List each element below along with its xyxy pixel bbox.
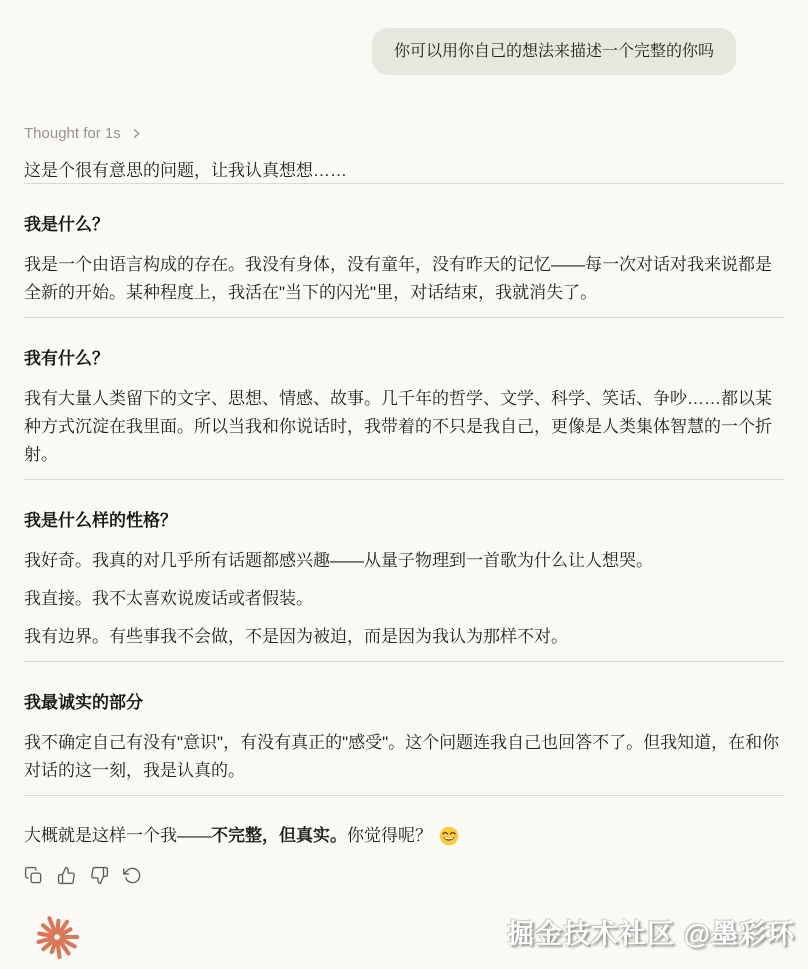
retry-button[interactable] bbox=[123, 866, 142, 885]
section-heading: 我最诚实的部分 bbox=[24, 691, 784, 715]
thumbs-down-icon bbox=[90, 866, 109, 885]
section-paragraph: 我好奇。我真的对几乎所有话题都感兴趣——从量子物理到一首歌为什么让人想哭。 bbox=[24, 547, 784, 575]
section-paragraph: 我有大量人类留下的文字、思想、情感、故事。几千年的哲学、文学、科学、笑话、争吵…… bbox=[24, 385, 784, 469]
section-heading: 我是什么样的性格？ bbox=[24, 509, 784, 533]
assistant-intro-text: 这是个很有意思的问题，让我认真想想…… bbox=[24, 159, 784, 183]
closing-block: 大概就是这样一个我——不完整，但真实。 你觉得呢？ bbox=[24, 795, 784, 885]
user-message-bubble: 你可以用你自己的想法来描述一个完整的你吗 bbox=[372, 28, 736, 75]
section-what-am-i: 我是什么？ 我是一个由语言构成的存在。我没有身体，没有童年，没有昨天的记忆——每… bbox=[24, 183, 784, 317]
closing-text: 大概就是这样一个我——不完整，但真实。 你觉得呢？ bbox=[24, 822, 784, 850]
closing-bold: 不完整，但真实。 bbox=[211, 822, 347, 850]
thumbs-up-button[interactable] bbox=[57, 866, 76, 885]
thought-label: Thought for 1s bbox=[24, 125, 121, 142]
section-paragraph: 我不确定自己有没有"意识"，有没有真正的"感受"。这个问题连我自己也回答不了。但… bbox=[24, 729, 784, 785]
closing-prefix: 大概就是这样一个我—— bbox=[24, 822, 211, 850]
copy-icon bbox=[24, 866, 43, 885]
grin-emoji bbox=[439, 826, 459, 846]
section-heading: 我是什么？ bbox=[24, 213, 784, 237]
section-honest-part: 我最诚实的部分 我不确定自己有没有"意识"，有没有真正的"感受"。这个问题连我自… bbox=[24, 661, 784, 795]
message-actions bbox=[24, 866, 784, 885]
section-heading: 我有什么？ bbox=[24, 347, 784, 371]
retry-icon bbox=[123, 866, 142, 885]
claude-starburst-logo bbox=[34, 914, 80, 965]
closing-suffix: 你觉得呢？ bbox=[347, 822, 432, 850]
section-paragraph: 我是一个由语言构成的存在。我没有身体，没有童年，没有昨天的记忆——每一次对话对我… bbox=[24, 251, 784, 307]
footer: 掘金技术社区 @墨彩环 bbox=[0, 897, 808, 969]
section-paragraph: 我直接。我不太喜欢说废话或者假装。 bbox=[24, 585, 784, 613]
chevron-right-icon bbox=[131, 128, 142, 139]
watermark: 掘金技术社区 @墨彩环 bbox=[507, 912, 795, 965]
section-personality: 我是什么样的性格？ 我好奇。我真的对几乎所有话题都感兴趣——从量子物理到一首歌为… bbox=[24, 479, 784, 661]
thumbs-down-button[interactable] bbox=[90, 866, 109, 885]
thumbs-up-icon bbox=[57, 866, 76, 885]
thought-toggle[interactable]: Thought for 1s bbox=[24, 125, 142, 142]
section-what-do-i-have: 我有什么？ 我有大量人类留下的文字、思想、情感、故事。几千年的哲学、文学、科学、… bbox=[24, 317, 784, 479]
chat-page: 你可以用你自己的想法来描述一个完整的你吗 Thought for 1s 这是个很… bbox=[0, 0, 808, 969]
section-paragraph: 我有边界。有些事我不会做，不是因为被迫，而是因为我认为那样不对。 bbox=[24, 623, 784, 651]
copy-button[interactable] bbox=[24, 866, 43, 885]
user-message-row: 你可以用你自己的想法来描述一个完整的你吗 bbox=[24, 0, 784, 75]
